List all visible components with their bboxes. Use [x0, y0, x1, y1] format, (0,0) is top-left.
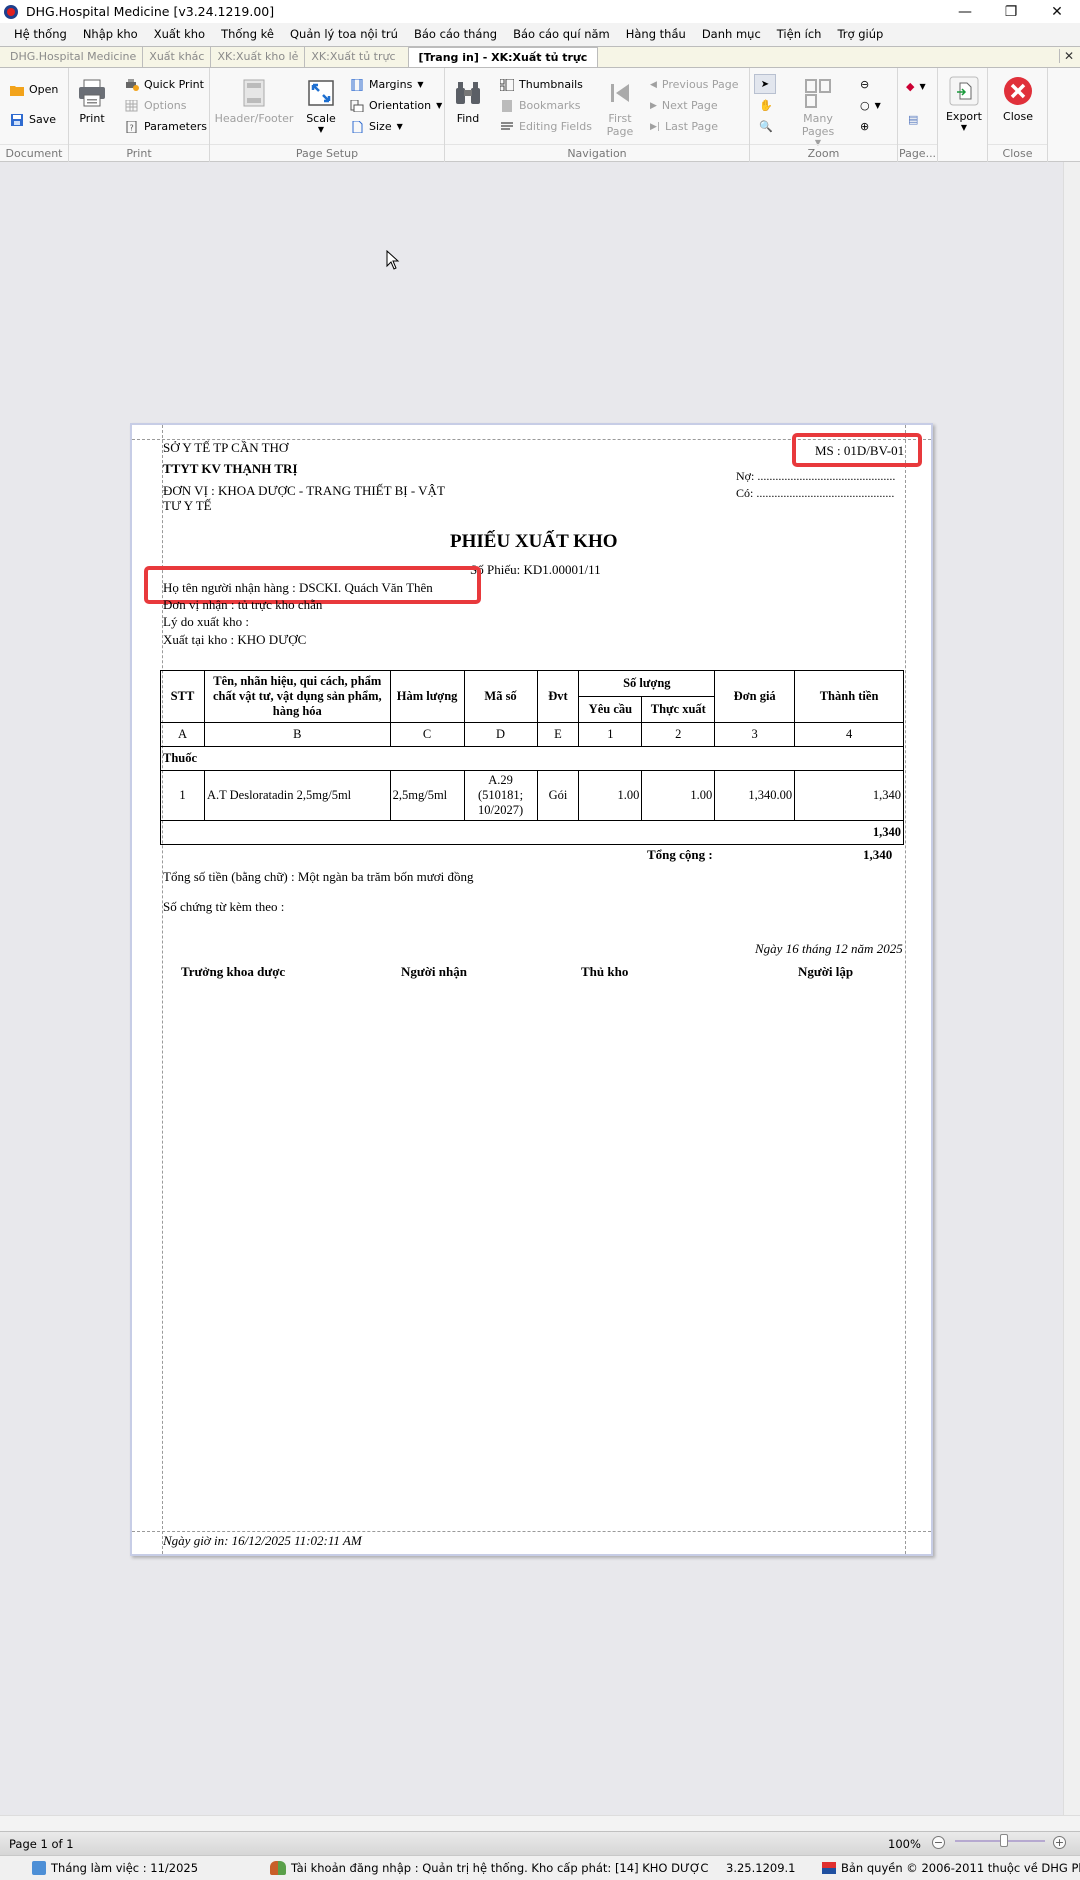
- mouse-cursor-icon: [386, 250, 400, 270]
- zoom-dropdown-button[interactable]: ○▼: [860, 99, 881, 112]
- save-icon: [10, 114, 24, 126]
- form-code-highlight: [792, 433, 922, 467]
- dhg-logo-icon: [822, 1862, 836, 1874]
- col-code: 3: [715, 723, 795, 747]
- tab-xuat-khac[interactable]: Xuất khác: [142, 47, 210, 67]
- login-account: Tài khoản đăng nhập : Quản trị hệ thống.…: [270, 1861, 708, 1875]
- cell-amount: 1,340: [795, 771, 904, 821]
- many-pages-icon: [803, 78, 833, 108]
- triangle-right-icon: ▶: [650, 101, 657, 111]
- close-window-button[interactable]: ✕: [1034, 0, 1080, 23]
- subtotal-cell: 1,340: [161, 821, 904, 845]
- menu-bao-cao-thang[interactable]: Báo cáo tháng: [406, 23, 505, 46]
- header-price: Đơn giá: [715, 671, 795, 723]
- col-code: C: [390, 723, 464, 747]
- page-color-button[interactable]: ◆▼: [906, 80, 926, 93]
- report-page: SỞ Y TẾ TP CẦN THƠ TTYT KV THẠNH TRỊ ĐƠN…: [130, 423, 933, 1556]
- pointer-icon: ➤: [761, 79, 769, 90]
- last-page-button[interactable]: ▶| Last Page: [650, 120, 718, 133]
- bookmarks-button[interactable]: Bookmarks: [500, 99, 580, 112]
- col-code: 1: [579, 723, 642, 747]
- margins-icon: [350, 79, 364, 91]
- unit-line-1: ĐƠN VỊ : KHOA DƯỢC - TRANG THIẾT BỊ - VẬ…: [163, 483, 445, 499]
- paint-bucket-icon: ◆: [906, 80, 914, 93]
- orientation-icon: [350, 100, 364, 112]
- header-stt: STT: [161, 671, 205, 723]
- zoom-out-small-button[interactable]: −: [932, 1836, 945, 1849]
- export-icon: [949, 76, 979, 106]
- export-reason: Lý do xuất kho :: [163, 614, 249, 630]
- minimize-button[interactable]: —: [942, 0, 988, 23]
- debit-line: Nợ: ....................................…: [736, 469, 895, 484]
- group-label-page: Page...: [898, 144, 937, 160]
- hand-tool-button[interactable]: ✋: [759, 99, 773, 112]
- zoom-in-small-button[interactable]: +: [1053, 1836, 1066, 1849]
- credit-line: Có: ....................................…: [736, 486, 894, 501]
- last-page-icon: ▶|: [650, 122, 660, 132]
- zoom-icon: ○: [860, 99, 870, 112]
- scale-icon: [306, 78, 336, 108]
- menu-bar: Hệ thống Nhập kho Xuất kho Thống kê Quản…: [0, 23, 1080, 46]
- next-page-button[interactable]: ▶ Next Page: [650, 99, 718, 112]
- tab-hospital-medicine[interactable]: DHG.Hospital Medicine: [4, 47, 142, 67]
- menu-nhap-kho[interactable]: Nhập kho: [75, 23, 146, 46]
- editing-fields-button[interactable]: Editing Fields: [500, 120, 592, 133]
- col-code: 4: [795, 723, 904, 747]
- copyright: Bản quyền © 2006-2011 thuộc về DHG Pharm…: [822, 1861, 1080, 1875]
- header-requested: Yêu cầu: [579, 697, 642, 723]
- items-table: STT Tên, nhãn hiệu, qui cách, phẩm chất …: [160, 670, 904, 845]
- magnifier-tool-button[interactable]: 🔍: [759, 120, 773, 133]
- menu-danh-muc[interactable]: Danh mục: [694, 23, 769, 46]
- watermark-button[interactable]: ▤: [908, 113, 918, 126]
- app-icon: [4, 5, 18, 19]
- amount-in-words: Tổng số tiền (bằng chữ) : Một ngàn ba tr…: [163, 869, 474, 885]
- close-circle-icon: [1003, 76, 1033, 106]
- thumbnails-button[interactable]: Thumbnails: [500, 78, 583, 91]
- cell-price: 1,340.00: [715, 771, 795, 821]
- watermark-icon: ▤: [908, 113, 918, 126]
- menu-tro-giup[interactable]: Trợ giúp: [829, 23, 891, 46]
- group-close: Close Close: [988, 68, 1048, 162]
- quick-print-button[interactable]: Quick Print: [125, 78, 204, 91]
- title-bar: DHG.Hospital Medicine [v3.24.1219.00] — …: [0, 0, 1080, 23]
- signature-recipient: Người nhận: [401, 964, 467, 980]
- group-navigation: Find Thumbnails Bookmarks Editing Fields…: [445, 68, 750, 162]
- header-code: Mã số: [464, 671, 537, 723]
- horizontal-scrollbar[interactable]: [0, 1815, 1080, 1831]
- document-title: PHIẾU XUẤT KHO: [450, 531, 618, 553]
- signature-head-pharmacy: Trưởng khoa dược: [181, 964, 285, 980]
- quick-print-icon: [125, 79, 139, 91]
- zoom-slider-thumb[interactable]: [1000, 1834, 1008, 1847]
- org-name: SỞ Y TẾ TP CẦN THƠ: [163, 440, 288, 456]
- bookmark-icon: [500, 100, 514, 112]
- cell-actual: 1.00: [642, 771, 715, 821]
- group-label-navigation: Navigation: [445, 144, 749, 160]
- zoom-level: 100%: [888, 1837, 921, 1851]
- total-value: 1,340: [863, 847, 892, 863]
- col-code: 2: [642, 723, 715, 747]
- margin-guide: [132, 1531, 931, 1532]
- export-warehouse: Xuất tại kho : KHO DƯỢC: [163, 632, 306, 648]
- menu-hang-thau[interactable]: Hàng thầu: [618, 23, 694, 46]
- signature-storekeeper: Thủ kho: [581, 964, 628, 980]
- editing-fields-icon: [500, 121, 514, 133]
- header-footer-icon: [239, 78, 269, 108]
- zoom-out-icon: ⊖: [860, 78, 869, 91]
- signature-preparer: Người lập: [798, 964, 853, 980]
- plus-icon: +: [1053, 1836, 1066, 1849]
- orientation-button[interactable]: Orientation▼: [350, 99, 442, 112]
- thumbnails-icon: [500, 79, 514, 91]
- page-size-icon: [350, 121, 364, 133]
- close-tab-icon[interactable]: ✕: [1059, 49, 1074, 63]
- menu-quan-ly-toa-noi-tru[interactable]: Quản lý toa nội trú: [282, 23, 406, 46]
- group-label-print: Print: [69, 144, 209, 160]
- app-version: 3.25.1209.1: [726, 1861, 796, 1875]
- viewer-status-bar: Page 1 of 1 100% − +: [0, 1831, 1080, 1855]
- binoculars-icon: [453, 78, 483, 108]
- menu-thong-ke[interactable]: Thống kê: [213, 23, 282, 46]
- options-button[interactable]: Options: [125, 99, 186, 112]
- group-label-close: Close: [988, 144, 1047, 160]
- zoom-slider[interactable]: [955, 1840, 1045, 1842]
- users-icon: [270, 1861, 286, 1875]
- previous-page-button[interactable]: ◀ Previous Page: [650, 78, 739, 91]
- header-name: Tên, nhãn hiệu, qui cách, phẩm chất vật …: [204, 671, 390, 723]
- folder-icon: [10, 84, 24, 96]
- attached-documents: Số chứng từ kèm theo :: [163, 899, 284, 915]
- hand-icon: ✋: [759, 99, 773, 112]
- zoom-in-button[interactable]: ⊕: [860, 120, 869, 133]
- column-code-row: A B C D E 1 2 3 4: [161, 723, 904, 747]
- cell-requested: 1.00: [579, 771, 642, 821]
- group-label-zoom: Zoom: [750, 144, 897, 160]
- scale-button[interactable]: Scale ▼: [306, 78, 336, 134]
- group-page: ◆▼ ▤ Page...: [898, 68, 938, 162]
- find-button[interactable]: Find: [453, 78, 483, 125]
- header-amount: Thành tiền: [795, 671, 904, 723]
- menu-bao-cao-qui-nam[interactable]: Báo cáo quí năm: [505, 23, 618, 46]
- first-page-button[interactable]: First Page: [605, 78, 635, 138]
- pointer-tool-button[interactable]: ➤: [754, 74, 776, 94]
- close-preview-button[interactable]: Close: [1000, 76, 1036, 123]
- col-code: A: [161, 723, 205, 747]
- margins-button[interactable]: Margins▼: [350, 78, 423, 91]
- group-document: Open Save Document: [0, 68, 69, 162]
- zoom-out-button[interactable]: ⊖: [860, 78, 869, 91]
- header-footer-button[interactable]: Header/Footer: [218, 78, 290, 125]
- header-unit: Đvt: [537, 671, 579, 723]
- facility-name: TTYT KV THẠNH TRỊ: [163, 461, 298, 477]
- svg-text:?: ?: [130, 123, 134, 132]
- cell-unit: Gói: [537, 771, 579, 821]
- group-print: Print Quick Print Options ? Parameters P…: [69, 68, 210, 162]
- document-tabs: DHG.Hospital Medicine Xuất khác XK:Xuất …: [0, 46, 1080, 68]
- menu-tien-ich[interactable]: Tiện ích: [769, 23, 830, 46]
- cell-stt: 1: [161, 771, 205, 821]
- restore-button[interactable]: ❐: [988, 0, 1034, 23]
- minus-icon: −: [932, 1836, 945, 1849]
- document-date: Ngày 16 tháng 12 năm 2025: [755, 941, 903, 957]
- header-actual: Thực xuất: [642, 697, 715, 723]
- voucher-number: Số Phiếu: KD1.00001/11: [470, 562, 601, 578]
- group-page-setup: Header/Footer Scale ▼ Margins▼ Orientati…: [210, 68, 445, 162]
- table-row: 1 A.T Desloratadin 2,5mg/5ml 2,5mg/5ml A…: [161, 771, 904, 821]
- parameters-button[interactable]: ? Parameters: [125, 120, 207, 133]
- options-grid-icon: [125, 100, 139, 112]
- print-timestamp: Ngày giờ in: 16/12/2025 11:02:11 AM: [163, 1533, 362, 1549]
- group-export: Export ▼: [938, 68, 988, 162]
- menu-he-thong[interactable]: Hệ thống: [6, 23, 75, 46]
- cell-code: A.29 (510181; 10/2027): [464, 771, 537, 821]
- app-status-bar: Tháng làm việc : 11/2025 Tài khoản đăng …: [0, 1855, 1080, 1880]
- cell-name: A.T Desloratadin 2,5mg/5ml: [204, 771, 390, 821]
- group-label-document: Document: [0, 144, 68, 160]
- tab-trang-in[interactable]: [Trang in] - XK:Xuất tủ trực: [408, 47, 599, 67]
- triangle-left-icon: ◀: [650, 80, 657, 90]
- window-title: DHG.Hospital Medicine [v3.24.1219.00]: [26, 4, 274, 19]
- total-label: Tổng cộng :: [647, 847, 713, 863]
- unit-line-2: TƯ Y TẾ: [163, 498, 212, 514]
- receiving-unit: Đơn vị nhận : tủ trực kho chẵn: [163, 597, 322, 613]
- calendar-icon: [32, 1861, 46, 1875]
- many-pages-button[interactable]: Many Pages ▼: [788, 78, 848, 147]
- group-row-thuoc: Thuốc: [161, 747, 904, 771]
- menu-xuat-kho[interactable]: Xuất kho: [146, 23, 213, 46]
- printer-icon: [77, 78, 107, 108]
- col-code: D: [464, 723, 537, 747]
- header-quantity: Số lượng: [579, 671, 715, 697]
- save-button[interactable]: Save: [10, 113, 56, 126]
- header-strength: Hàm lượng: [390, 671, 464, 723]
- open-button[interactable]: Open: [10, 83, 58, 96]
- col-code: B: [204, 723, 390, 747]
- group-zoom: ➤ ✋ 🔍 Many Pages ▼ ⊖ ○▼ ⊕ Zoom: [750, 68, 898, 162]
- group-label-page-setup: Page Setup: [210, 144, 444, 160]
- col-code: E: [537, 723, 579, 747]
- ribbon: Open Save Document Print Quick Print Opt…: [0, 68, 1080, 162]
- vertical-scrollbar[interactable]: [1063, 162, 1080, 1815]
- magnifier-icon: 🔍: [759, 120, 773, 133]
- page-indicator: Page 1 of 1: [9, 1837, 74, 1851]
- zoom-in-icon: ⊕: [860, 120, 869, 133]
- print-button[interactable]: Print: [77, 78, 107, 125]
- export-button[interactable]: Export ▼: [944, 76, 984, 132]
- tab-xuat-kho-le[interactable]: XK:Xuất kho lẻ: [210, 47, 304, 67]
- first-page-icon: [605, 78, 635, 108]
- margin-guide: [905, 425, 906, 1554]
- parameters-icon: ?: [125, 121, 139, 133]
- work-month: Tháng làm việc : 11/2025: [32, 1861, 198, 1875]
- cell-strength: 2,5mg/5ml: [390, 771, 464, 821]
- size-button[interactable]: Size▼: [350, 120, 403, 133]
- tab-xuat-tu-truc[interactable]: XK:Xuất tủ trực: [304, 47, 401, 67]
